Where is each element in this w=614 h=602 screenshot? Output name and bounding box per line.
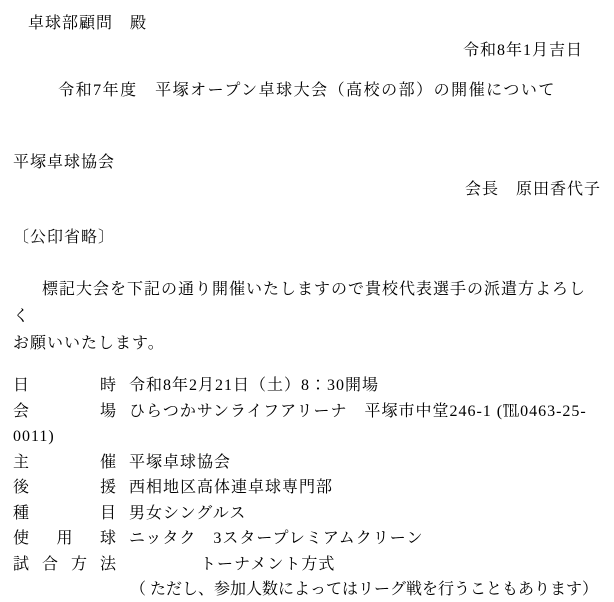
date-line: 令和8年1月吉日 [13,37,601,64]
item-value: 男女シングルス [129,505,246,522]
item-venue-overflow: 0011) [13,424,601,450]
item-row-event-type: 種目男女シングルス [13,501,601,527]
item-value: 西相地区高体連卓球専門部 [129,479,333,496]
body-line: お願いいたします。 [13,330,601,357]
item-row-support: 後援西相地区高体連卓球専門部 [13,475,601,501]
seal-omitted-note: 〔公印省略〕 [13,224,601,251]
recipient-line: 卓球部顧問 殿 [28,10,601,37]
item-value: 令和8年2月21日（土）8：30開場 [129,377,379,394]
item-value: 平塚卓球協会 [129,454,231,471]
item-value: トーナメント方式 [200,556,335,573]
item-label: 後援 [13,475,117,501]
body-line: 標記大会を下記の通り開催いたしますので貴校代表選手の派遣方よろし [13,276,601,303]
item-label: 使用球 [13,526,117,552]
item-row-match-format: 試合方法トーナメント方式 [13,552,601,578]
item-label: 日時 [13,373,117,399]
body-paragraph: 標記大会を下記の通り開催いたしますので貴校代表選手の派遣方よろし く お願いいた… [13,276,601,357]
item-value: ひらつかサンライフアリーナ 平塚市中堂246-1 (℡0463-25- [129,403,587,420]
item-label: 種目 [13,501,117,527]
item-label: 試合方法 [13,552,117,578]
item-label: 会場 [13,399,117,425]
page-title: 令和7年度 平塚オープン卓球大会（高校の部）の開催について [13,77,601,104]
letter-page: 卓球部顧問 殿 令和8年1月吉日 令和7年度 平塚オープン卓球大会（高校の部）の… [0,0,614,602]
body-line: く [13,303,601,330]
detail-items-list: 日時令和8年2月21日（土）8：30開場 会場ひらつかサンライフアリーナ 平塚市… [13,373,601,602]
item-match-format-note: （ ただし、参加人数によってはリーグ戦を行うこともあります） [130,577,601,602]
sender-person: 会長 原田香代子 [13,176,601,203]
item-row-organizer: 主催平塚卓球協会 [13,450,601,476]
item-row-venue: 会場ひらつかサンライフアリーナ 平塚市中堂246-1 (℡0463-25- [13,399,601,425]
sender-organization: 平塚卓球協会 [13,149,601,176]
item-label: 主催 [13,450,117,476]
item-row-ball: 使用球ニッタク 3スタープレミアムクリーン [13,526,601,552]
item-row-datetime: 日時令和8年2月21日（土）8：30開場 [13,373,601,399]
item-value: ニッタク 3スタープレミアムクリーン [129,530,423,547]
